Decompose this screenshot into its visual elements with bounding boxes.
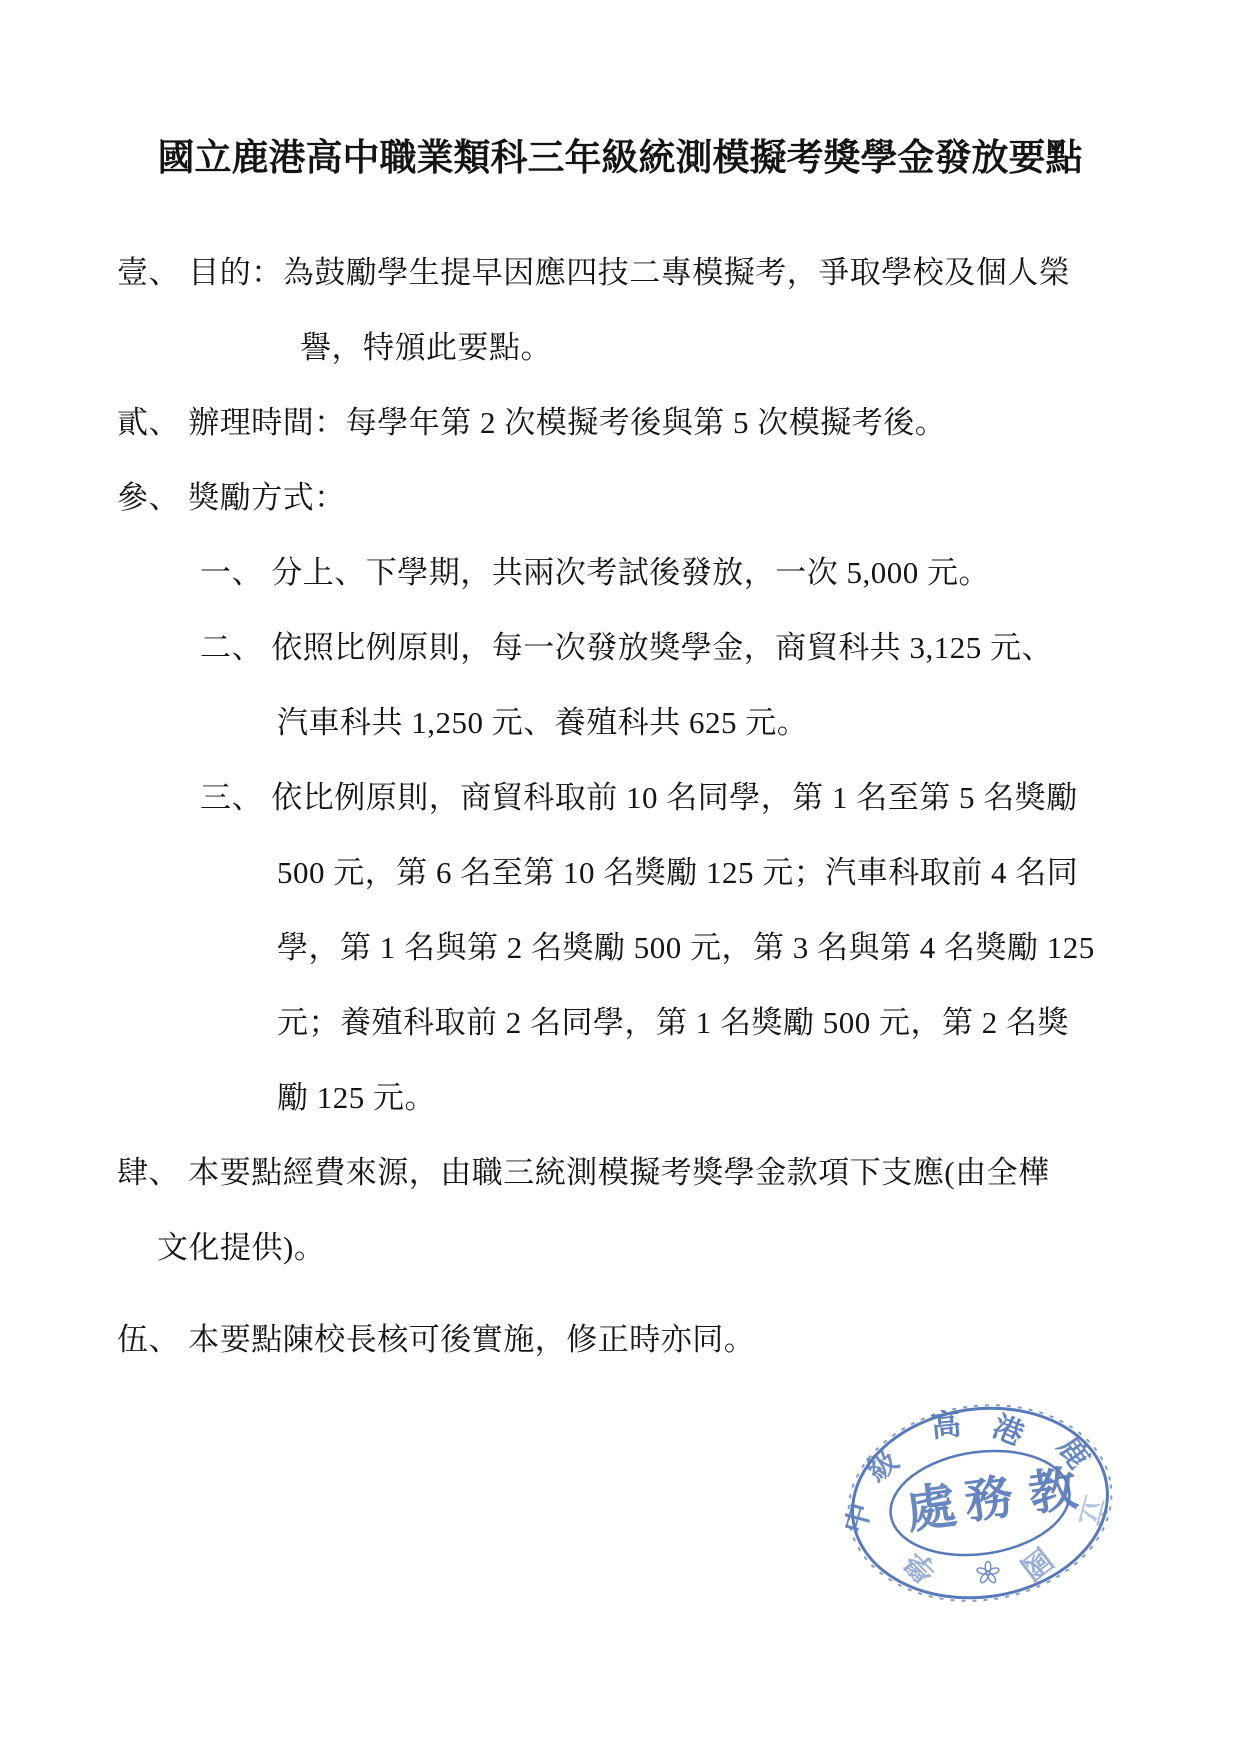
body-line: 勵 125 元。	[277, 1080, 436, 1117]
body-line: 三、 依比例原則，商貿科取前 10 名同學，第 1 名至第 5 名獎勵	[200, 780, 1078, 817]
office-stamp: 國 立 鹿 港 高 級 中 學 處 務 教	[845, 1403, 1115, 1608]
body-line: 汽車科共 1,250 元、養殖科共 625 元。	[277, 705, 808, 742]
body-line: 伍、 本要點陳校長核可後實施，修正時亦同。	[117, 1322, 755, 1359]
document-page: 國立鹿港高中職業類科三年級統測模擬考獎學金發放要點 壹、 目的：為鼓勵學生提早因…	[0, 0, 1240, 1754]
stamp-ring-char: 高	[929, 1407, 962, 1444]
body-line: 壹、 目的：為鼓勵學生提早因應四技二專模擬考，爭取學校及個人榮	[117, 255, 1070, 292]
document-title: 國立鹿港高中職業類科三年級統測模擬考獎學金發放要點	[0, 138, 1240, 181]
body-line: 元；養殖科取前 2 名同學，第 1 名獎勵 500 元，第 2 名獎	[277, 1005, 1069, 1042]
body-line: 參、 獎勵方式：	[117, 480, 346, 517]
body-line: 譽，特頒此要點。	[300, 330, 552, 367]
stamp-center-char: 務	[961, 1470, 1017, 1529]
body-line: 貳、 辦理時間：每學年第 2 次模擬考後與第 5 次模擬考後。	[117, 405, 946, 442]
body-line: 肆、 本要點經費來源，由職三統測模擬考獎學金款項下支應(由全樺	[117, 1155, 1050, 1192]
stamp-center-char: 處	[902, 1477, 959, 1539]
body-line: 文化提供)。	[157, 1230, 325, 1267]
stamp-ring-char: 級	[861, 1444, 905, 1488]
stamp-ring-char: 中	[845, 1499, 878, 1537]
body-line: 學，第 1 名與第 2 名獎勵 500 元，第 3 名與第 4 名獎勵 125	[277, 930, 1095, 967]
stamp-center-char: 教	[1026, 1462, 1082, 1521]
body-line: 500 元，第 6 名至第 10 名獎勵 125 元；汽車科取前 4 名同	[277, 855, 1078, 892]
stamp-ring-char: 學	[899, 1544, 944, 1589]
plum-blossom-icon	[976, 1562, 1000, 1584]
body-line: 二、 依照比例原則，每一次發放獎學金，商貿科共 3,125 元、	[200, 630, 1053, 667]
stamp-ring-char: 港	[988, 1410, 1028, 1452]
stamp-ring-char: 國	[1014, 1541, 1058, 1585]
body-line: 一、 分上、下學期，共兩次考試後發放，一次 5,000 元。	[200, 555, 990, 592]
